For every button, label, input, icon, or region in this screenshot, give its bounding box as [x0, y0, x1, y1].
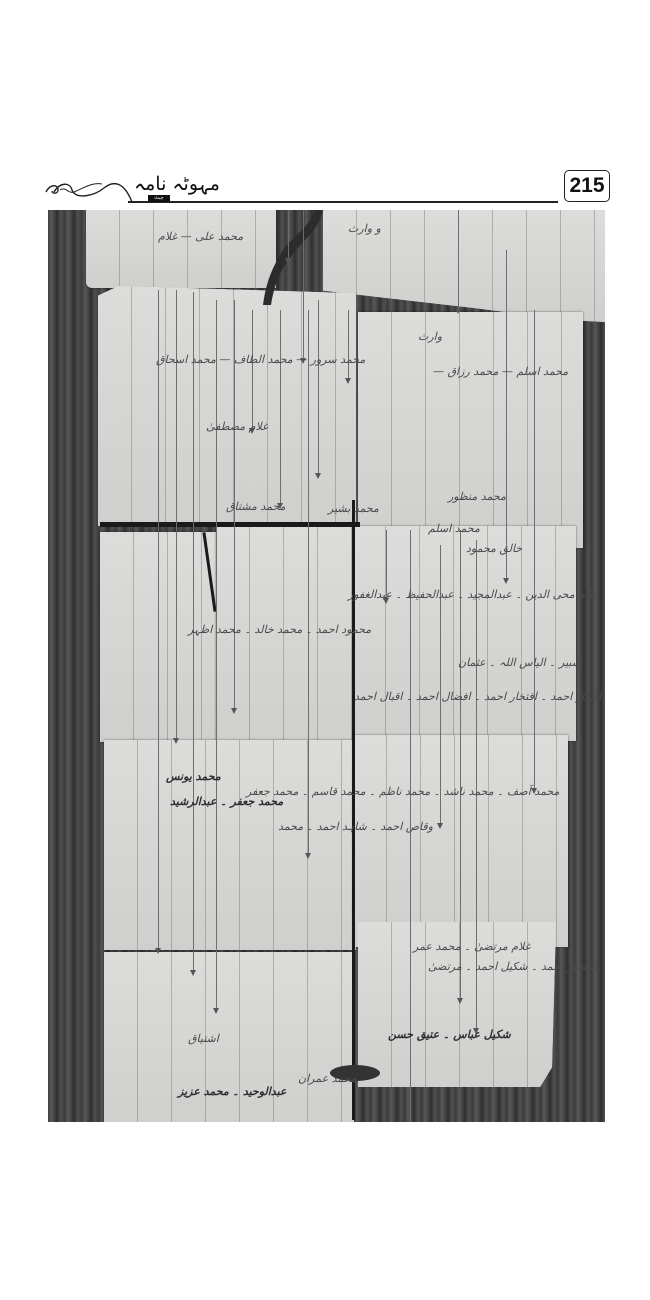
tree-arrow [440, 545, 441, 825]
tree-arrow [158, 290, 159, 950]
tree-arrow [288, 210, 289, 260]
family-tree-photo: محمد علی — غلامو وارثوارثمحمد اسلم — محم… [48, 210, 605, 1122]
tree-arrow [303, 210, 304, 360]
handwritten-line: محمد اسلم — محمد رزاق — [433, 365, 568, 378]
page-number: 215 [564, 170, 610, 202]
handwritten-line: اعجاز احمد ۔ افتخار احمد ۔ افضال احمد ۔ … [354, 690, 601, 703]
magazine-title: مہوٹہ نامہ [134, 172, 220, 196]
handwritten-line: اشتیاق [188, 1032, 219, 1045]
tree-arrow [216, 300, 217, 1010]
ornament-flourish-icon [44, 176, 134, 204]
tree-arrow [506, 250, 507, 580]
paper-fragment [100, 532, 218, 742]
handwritten-line: محمد مشتاق [226, 500, 286, 513]
handwritten-line: عبدالوحید ۔ محمد عزیز [178, 1085, 286, 1098]
handwritten-line: غلام مصطفیٰ [206, 420, 268, 433]
handwritten-line: محمد بشیر [328, 502, 379, 515]
handwritten-line: محمد علی — غلام [158, 230, 243, 243]
handwritten-line: غلام مرتضیٰ ۔ محمد عمر [413, 940, 530, 953]
tree-arrow [318, 300, 319, 475]
header-rule [128, 201, 558, 203]
tree-arrow [348, 310, 349, 380]
handwritten-line: محمد عمران [298, 1072, 357, 1085]
handwritten-line: محمد منظور [448, 490, 506, 503]
paper-fragment [104, 740, 356, 950]
handwritten-line: وقاص احمد ۔ شاہد احمد ۔ محمد [278, 820, 433, 833]
paper-fragment [86, 210, 276, 288]
tree-arrow [252, 310, 253, 430]
handwritten-line: شکیل عباس ۔ عتیق حسن [388, 1028, 511, 1041]
tree-arrow [308, 310, 309, 855]
magazine-title-tag: چیٹ [148, 195, 170, 202]
tree-arrow [534, 310, 535, 790]
handwritten-line: محمد یونس [166, 770, 221, 783]
tree-arrow [458, 210, 459, 310]
fold-crease [100, 522, 360, 527]
page-header: مہوٹہ نامہ چیٹ 215 [40, 168, 610, 208]
handwritten-line: محمد سرور — محمد الطاف — محمد اسحاق [156, 353, 365, 366]
handwritten-line: محمد اسلم [428, 522, 480, 535]
tree-arrow [280, 310, 281, 505]
paper-fragment [358, 312, 583, 548]
handwritten-line: خالق محمود [466, 542, 522, 555]
handwritten-line: وارث [418, 330, 442, 343]
handwritten-line: غلام محی الدین ۔ عبدالمجید ۔ عبدالحفیظ ۔… [348, 588, 597, 601]
handwritten-line: محمود احمد ۔ محمد خالد ۔ محمد اظہر [188, 623, 371, 636]
handwritten-line: منصور احمد ۔ شکیل احمد ۔ مرتضیٰ [428, 960, 596, 973]
handwritten-line: شبیر ۔ الیاس اللہ ۔ عثمان [458, 656, 581, 669]
handwritten-line: محمد آصف ۔ محمد ناشد ۔ محمد ناظم ۔ محمد … [246, 785, 559, 798]
handwritten-line: و وارث [348, 222, 381, 235]
paper-tear [253, 210, 333, 305]
